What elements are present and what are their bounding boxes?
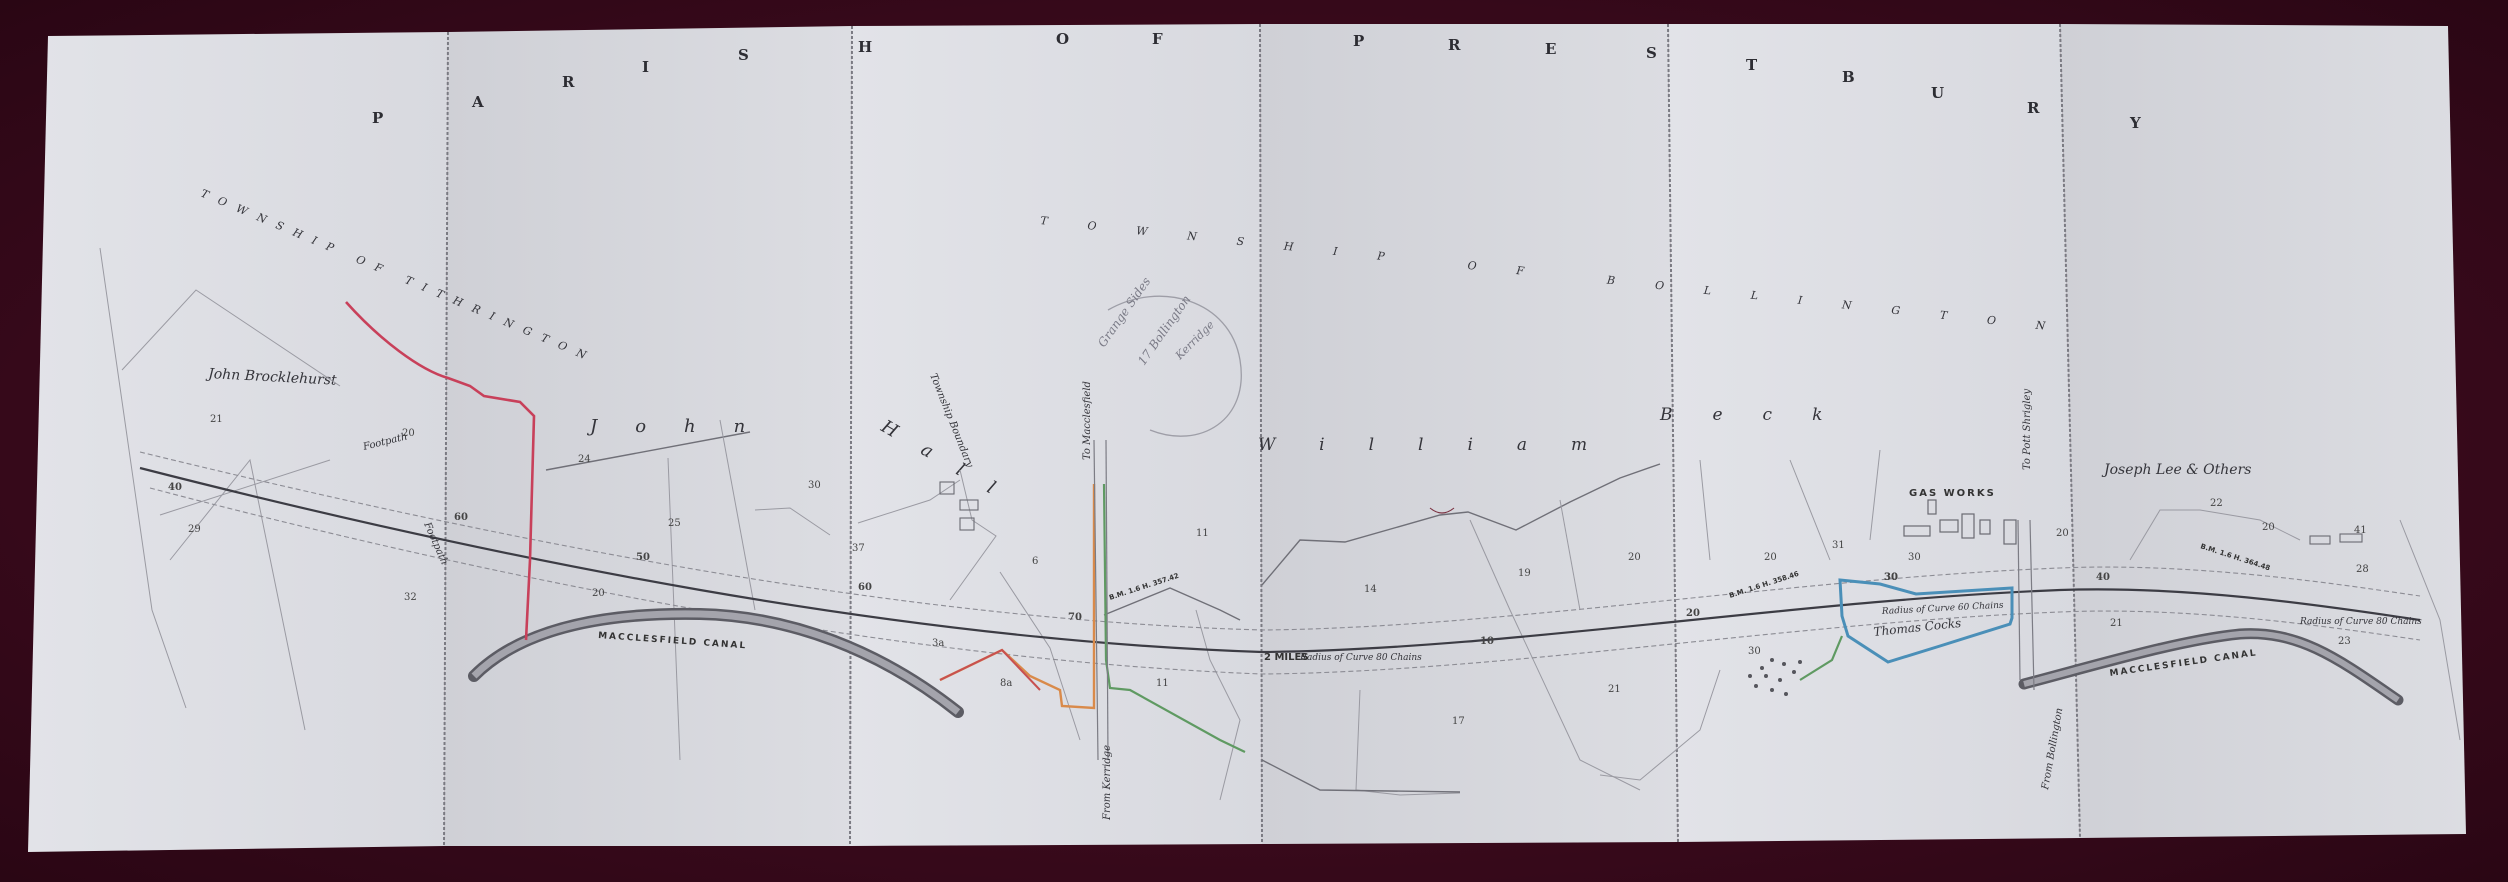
map-canvas: P A R I S H O F P R E S T B U R Y TOWNSH… (0, 0, 2508, 882)
chainage: 70 (1068, 612, 1082, 623)
chainage: 40 (2096, 572, 2110, 583)
plot-number: 32 (404, 592, 417, 603)
plot-number: 8a (1000, 678, 1012, 689)
road-from-kerridge-label: From Kerridge (1102, 745, 1113, 821)
chainage: 30 (1884, 572, 1898, 583)
title-letter: R (2027, 99, 2040, 117)
plot-number: 6 (1032, 556, 1038, 567)
plot-number: 20 (2262, 522, 2275, 533)
plot-number: 30 (808, 480, 821, 491)
title-letter: P (1353, 32, 1364, 50)
chainage: 40 (168, 482, 182, 493)
plot-number: 3a (932, 638, 944, 649)
plot-number: 30 (1908, 552, 1921, 563)
title-letter: R (1448, 36, 1461, 54)
title-letter: B (1842, 68, 1855, 86)
title-letter: Y (2129, 114, 2141, 132)
landowner-lee: Joseph Lee & Others (2101, 462, 2251, 478)
title-letter: I (642, 58, 649, 76)
title-letter: S (738, 46, 749, 64)
plot-number: 21 (2110, 618, 2123, 629)
plot-number: 20 (592, 588, 605, 599)
title-letter: R (562, 73, 575, 91)
radius-curve-label: Radius of Curve 80 Chains (2299, 617, 2422, 627)
chainage: 60 (454, 512, 468, 523)
plot-number: 20 (2056, 528, 2069, 539)
plot-number: 23 (2338, 636, 2351, 647)
plot-number: 11 (1196, 528, 1209, 539)
plot-number: 21 (1608, 684, 1621, 695)
plot-number: 19 (1518, 568, 1531, 579)
plot-number: 14 (1364, 584, 1377, 595)
plot-number: 24 (578, 454, 591, 465)
plot-number: 21 (210, 414, 223, 425)
radius-curve-label: Radius of Curve 80 Chains (1299, 653, 1422, 663)
road-to-pott-label: To Pott Shrigley (2022, 389, 2033, 470)
title-letter: A (471, 93, 484, 111)
chainage: 20 (1686, 608, 1700, 619)
panel-4 (1260, 24, 1678, 844)
panel-5 (1668, 24, 2080, 842)
landowner-beck: Beck (1659, 405, 1862, 425)
panel-6 (2060, 24, 2466, 838)
gas-works-label: GAS WORKS (1909, 488, 1996, 499)
title-letter: P (372, 109, 383, 127)
chainage: 50 (636, 552, 650, 563)
landowner-john-hall-part1: John (586, 416, 783, 437)
railway-plan-map: P A R I S H O F P R E S T B U R Y TOWNSH… (0, 0, 2508, 882)
road-to-macclesfield-label: To Macclesfield (1082, 381, 1093, 460)
title-letter: T (1746, 56, 1758, 74)
plot-number: 29 (188, 524, 201, 535)
title-letter: F (1152, 30, 1163, 48)
plot-number: 25 (668, 518, 681, 529)
plot-number: 17 (1452, 716, 1465, 727)
plot-number: 22 (2210, 498, 2223, 509)
plot-number: 28 (2356, 564, 2369, 575)
chainage: 10 (1480, 636, 1494, 647)
plot-number: 11 (1156, 678, 1169, 689)
plot-number: 30 (1748, 646, 1761, 657)
plot-number: 20 (1764, 552, 1777, 563)
title-letter: S (1646, 44, 1657, 62)
chainage: 60 (858, 582, 872, 593)
title-letter: E (1545, 40, 1556, 58)
plot-number: 37 (852, 543, 865, 554)
title-letter: U (1931, 84, 1944, 102)
landowner-william: William (1258, 435, 1631, 455)
title-letter: H (858, 38, 872, 56)
plot-number: 20 (402, 428, 415, 439)
plot-number: 20 (1628, 552, 1641, 563)
title-letter: O (1056, 30, 1069, 48)
plot-number: 31 (1832, 540, 1845, 551)
